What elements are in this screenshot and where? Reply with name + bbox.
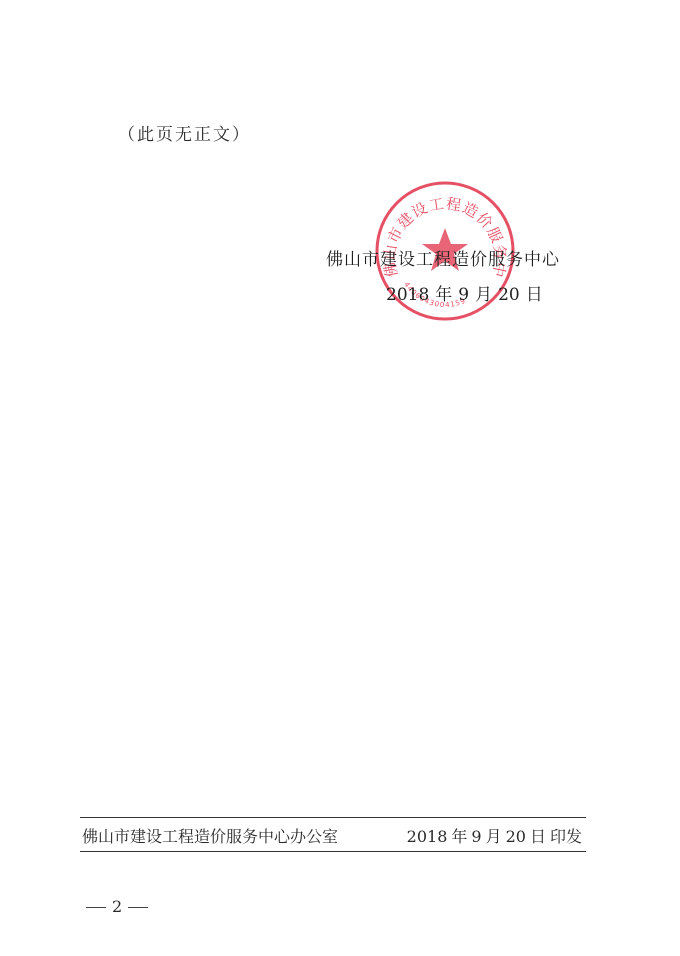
dash-left <box>86 907 106 908</box>
dash-right <box>128 907 148 908</box>
page-number-value: 2 <box>112 897 122 916</box>
footer-year-unit: 年 <box>451 827 467 846</box>
footer-top-rule <box>80 817 586 818</box>
date-day-unit: 日 <box>526 285 543 305</box>
date-year: 2018 <box>386 285 429 305</box>
signature-organization: 佛山市建设工程造价服务中心 <box>326 245 560 270</box>
footer-month: 9 <box>471 827 481 846</box>
footer-issue-date: 2018年9月20日印发 <box>405 824 584 847</box>
footer-day-unit: 日 <box>530 827 546 846</box>
no-body-text-note: （此页无正文） <box>118 120 251 145</box>
footer-bottom-rule <box>80 851 586 852</box>
footer-year: 2018 <box>407 827 448 846</box>
date-month-unit: 月 <box>475 285 492 305</box>
footer-month-unit: 月 <box>486 827 502 846</box>
date-month: 9 <box>458 285 469 305</box>
signature-date: 2018年9月20日 <box>383 280 546 305</box>
footer-issuer: 佛山市建设工程造价服务中心办公室 <box>82 824 338 847</box>
date-year-unit: 年 <box>435 285 452 305</box>
date-day: 20 <box>498 285 520 305</box>
page-number: 2 <box>80 897 154 916</box>
footer-day: 20 <box>506 827 526 846</box>
footer-issued-label: 印发 <box>550 827 582 846</box>
